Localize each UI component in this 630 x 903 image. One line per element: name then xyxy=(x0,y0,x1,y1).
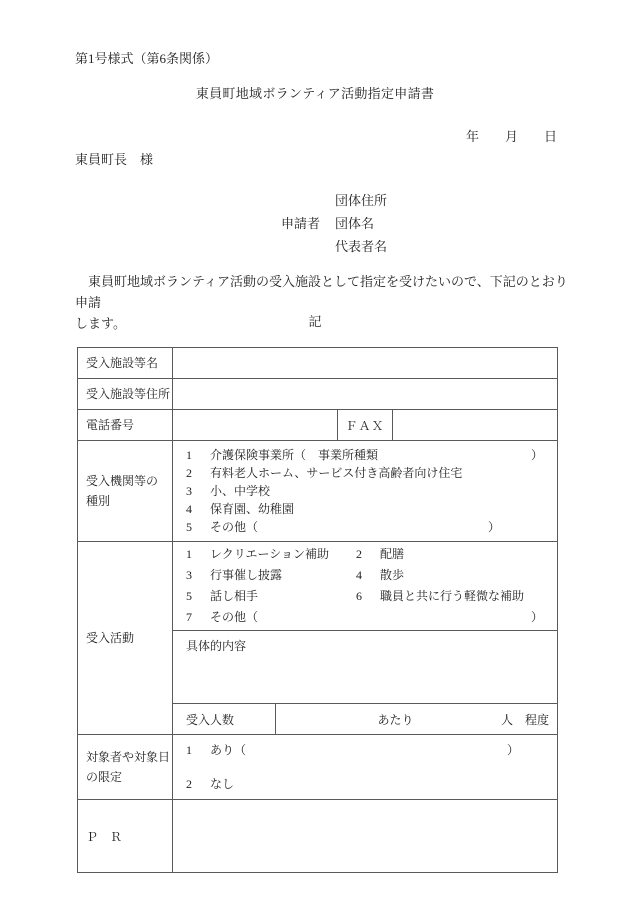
option-number: 1 xyxy=(186,741,210,759)
facility-name-input[interactable] xyxy=(173,348,558,379)
activity-option-7: 7 その他（ ） xyxy=(186,607,543,628)
form-number: 第1号様式（第6条関係） xyxy=(75,48,218,67)
org-type-label-line2: 種別 xyxy=(86,491,172,511)
applicant-field-address-label: 団体住所 xyxy=(335,189,387,212)
limit-option-no: 2 なし xyxy=(186,775,543,793)
activity-option-4: 4 散歩 xyxy=(356,565,543,586)
page-title: 東員町地域ボランティア活動指定申請書 xyxy=(0,83,630,102)
option-text: 職員と共に行う軽微な補助 xyxy=(380,586,524,607)
applicant-row-org-name: 申請者 団体名 xyxy=(281,212,387,235)
option-number: 2 xyxy=(186,464,210,482)
option-text: 話し相手 xyxy=(210,586,258,607)
applicant-field-org-name-label: 団体名 xyxy=(335,212,374,235)
option-text: なし xyxy=(210,775,234,793)
option-text: 散歩 xyxy=(380,565,404,586)
phone-label: 電話番号 xyxy=(78,410,173,441)
capacity-unit-persons: 人 程度 xyxy=(501,711,549,728)
row-activity-options: 受入活動 1 レクリエーション補助 2 配膳 xyxy=(78,542,558,631)
activity-option-6: 6 職員と共に行う軽微な補助 xyxy=(356,586,543,607)
org-type-options: 1 介護保険事業所（ 事業所種類 ） 2 有料老人ホーム、サービス付き高齢者向け… xyxy=(173,441,557,541)
option-number: 2 xyxy=(186,775,210,793)
applicant-label: 申請者 xyxy=(281,212,335,235)
org-type-label: 受入機関等の 種別 xyxy=(78,441,173,542)
facility-address-label: 受入施設等住所 xyxy=(78,379,173,410)
row-org-type: 受入機関等の 種別 1 介護保険事業所（ 事業所種類 ） 2 有料老人ホーム、サ… xyxy=(78,441,558,542)
option-close-paren: ） xyxy=(531,607,543,628)
applicant-label-spacer xyxy=(281,235,335,258)
option-text: 介護保険事業所（ 事業所種類 xyxy=(210,446,378,464)
limit-option-yes: 1 あり（ ） xyxy=(186,741,543,759)
option-number: 6 xyxy=(356,586,380,607)
option-close-paren: ） xyxy=(507,741,519,759)
option-number: 5 xyxy=(186,518,210,536)
option-text: 保育園、幼稚園 xyxy=(210,500,294,518)
option-number: 4 xyxy=(356,565,380,586)
application-table: 受入施設等名 受入施設等住所 電話番号 ＦＡＸ 受入機関等の 種別 1 介護保険 xyxy=(77,347,558,873)
limit-options: 1 あり（ ） 2 なし xyxy=(173,735,557,799)
org-type-option-3: 3 小、中学校 xyxy=(186,482,543,500)
fax-label: ＦＡＸ xyxy=(338,410,393,441)
capacity-input[interactable]: あたり 人 程度 xyxy=(276,704,558,735)
applicant-block: 団体住所 申請者 団体名 代表者名 xyxy=(281,189,387,258)
option-number: 7 xyxy=(186,607,210,628)
option-number: 1 xyxy=(186,544,210,565)
activity-detail-input[interactable]: 具体的内容 xyxy=(173,631,558,704)
option-number: 4 xyxy=(186,500,210,518)
activity-option-line-2: 3 行事催し披露 4 散歩 xyxy=(186,565,543,586)
option-text: 配膳 xyxy=(380,544,404,565)
option-number: 3 xyxy=(186,482,210,500)
option-close-paren: ） xyxy=(488,518,500,536)
activity-option-1: 1 レクリエーション補助 xyxy=(186,544,356,565)
option-text: 行事催し披露 xyxy=(210,565,282,586)
applicant-row-address: 団体住所 xyxy=(281,189,387,212)
activity-options: 1 レクリエーション補助 2 配膳 3 行事催し披露 xyxy=(173,542,557,630)
capacity-label: 受入人数 xyxy=(173,704,276,735)
row-phone-fax: 電話番号 ＦＡＸ xyxy=(78,410,558,441)
option-text: 小、中学校 xyxy=(210,482,270,500)
capacity-units: あたり 人 程度 xyxy=(276,711,557,728)
addressee: 東員町長 様 xyxy=(75,149,153,168)
option-number: 2 xyxy=(356,544,380,565)
option-number: 5 xyxy=(186,586,210,607)
org-type-option-1: 1 介護保険事業所（ 事業所種類 ） xyxy=(186,446,543,464)
option-number: 3 xyxy=(186,565,210,586)
option-number: 1 xyxy=(186,446,210,464)
limit-options-cell: 1 あり（ ） 2 なし xyxy=(173,735,558,800)
option-close-paren: ） xyxy=(531,446,543,464)
activity-option-3: 3 行事催し披露 xyxy=(186,565,356,586)
applicant-label-spacer xyxy=(281,189,335,212)
facility-name-label: 受入施設等名 xyxy=(78,348,173,379)
org-type-option-2: 2 有料老人ホーム、サービス付き高齢者向け住宅 xyxy=(186,464,543,482)
pr-input[interactable] xyxy=(173,800,558,873)
applicant-field-representative-label: 代表者名 xyxy=(335,235,387,258)
option-text: あり（ xyxy=(210,741,246,759)
option-text: その他（ xyxy=(210,607,258,628)
row-limitations: 対象者や対象日 の限定 1 あり（ ） 2 なし xyxy=(78,735,558,800)
row-facility-name: 受入施設等名 xyxy=(78,348,558,379)
date-line: 年 月 日 xyxy=(466,126,557,145)
option-text: 有料老人ホーム、サービス付き高齢者向け住宅 xyxy=(210,464,462,482)
org-type-option-5: 5 その他（ ） xyxy=(186,518,543,536)
activity-options-cell: 1 レクリエーション補助 2 配膳 3 行事催し披露 xyxy=(173,542,558,631)
capacity-unit-per: あたり xyxy=(377,711,413,728)
body-line-1: 東員町地域ボランティア活動の受入施設として指定を受けたいので、下記のとおり申請 xyxy=(75,274,568,310)
limit-label-line1: 対象者や対象日 xyxy=(86,747,172,767)
applicant-row-representative: 代表者名 xyxy=(281,235,387,258)
application-form-document: 第1号様式（第6条関係） 東員町地域ボランティア活動指定申請書 年 月 日 東員… xyxy=(0,0,630,903)
pr-label: Ｐ Ｒ xyxy=(78,800,173,873)
fax-input[interactable] xyxy=(393,410,558,441)
activity-option-2: 2 配膳 xyxy=(356,544,543,565)
org-type-label-line1: 受入機関等の xyxy=(86,471,172,491)
activity-option-line-1: 1 レクリエーション補助 2 配膳 xyxy=(186,544,543,565)
limit-label: 対象者や対象日 の限定 xyxy=(78,735,173,800)
limit-label-line2: の限定 xyxy=(86,767,172,787)
row-facility-address: 受入施設等住所 xyxy=(78,379,558,410)
org-type-option-4: 4 保育園、幼稚園 xyxy=(186,500,543,518)
option-text: その他（ xyxy=(210,518,258,536)
org-type-options-cell: 1 介護保険事業所（ 事業所種類 ） 2 有料老人ホーム、サービス付き高齢者向け… xyxy=(173,441,558,542)
activity-option-line-3: 5 話し相手 6 職員と共に行う軽微な補助 xyxy=(186,586,543,607)
option-text: レクリエーション補助 xyxy=(210,544,329,565)
section-mark: 記 xyxy=(0,311,630,330)
phone-input[interactable] xyxy=(173,410,338,441)
row-pr: Ｐ Ｒ xyxy=(78,800,558,873)
activity-option-5: 5 話し相手 xyxy=(186,586,356,607)
activity-detail-label: 具体的内容 xyxy=(173,631,557,660)
facility-address-input[interactable] xyxy=(173,379,558,410)
activity-label: 受入活動 xyxy=(78,542,173,735)
